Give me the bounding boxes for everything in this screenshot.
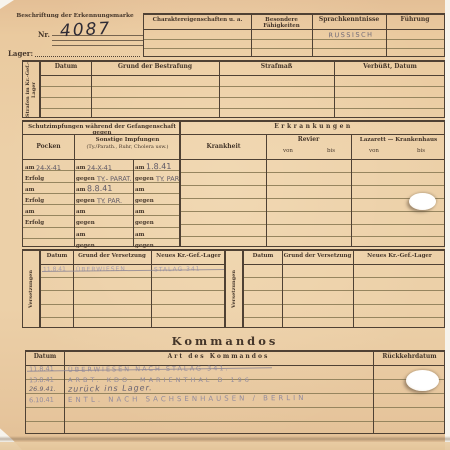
kommando-datum-handwritten: 26.9.41. <box>29 385 56 393</box>
revier-von-label: von <box>273 148 303 154</box>
impfungen-row-am-4: am am <box>23 227 181 238</box>
col-header-besondere-faehigkeiten: Besondere Fähigkeiten <box>251 17 312 29</box>
sonstige1-date2-handwritten: 8.8.41 <box>87 185 113 193</box>
col-header-charaktereigenschaften: Charaktereigenschaften u. a. <box>144 17 251 23</box>
versetzungen-side-label: Versetzungen <box>28 270 34 308</box>
versetzungen-table-right: Datum Grund der Versetzung Neues Kr.-Gef… <box>243 249 445 328</box>
sprachkenntnisse-value-handwritten: Russisch <box>316 30 386 39</box>
kommando-art-handwritten: zurück ins Lager. <box>68 383 153 393</box>
impfungen-row-am-1: am24-X-41 am24-X-41 am1.8.41 <box>23 160 181 171</box>
versetzungen-side-label-right: Versetzungen <box>231 270 237 308</box>
erkrankungen-title: Erkrankungen <box>181 124 446 131</box>
col-header-art-des-kommandos: Art des Kommandos <box>64 354 373 361</box>
col-header-neues-lager: Neues Kr.-Gef.-Lager <box>353 253 446 259</box>
col-header-krankheit: Krankheit <box>181 144 266 151</box>
kommando-art-handwritten: Arbt. Kdo. Marienthal D 196 <box>68 376 252 384</box>
lager-fill-in-line <box>35 56 140 57</box>
col-header-grund-der-versetzung: Grund der Versetzung <box>282 253 353 259</box>
kommando-datum-handwritten: 13.8.41 <box>29 376 54 385</box>
col-header-datum: Datum <box>41 64 91 71</box>
col-header-sprachkenntnisse: Sprachkenntnisse <box>312 17 386 24</box>
erfolg-label: Erfolg <box>25 221 44 227</box>
impfungen-row-am-2: am am8.8.41 am <box>23 182 181 193</box>
erkennungsmarke-number-handwritten: 4087 <box>60 19 112 42</box>
erkrankungen-table: Erkrankungen Krankheit Revier von bis La… <box>180 120 445 247</box>
col-header-datum: Datum <box>244 253 282 259</box>
kommandos-title: Kommandos <box>0 334 450 348</box>
kommando-datum-handwritten: 11.8.41 <box>29 365 54 374</box>
sonstige2-date-handwritten: 1.8.41 <box>146 163 172 171</box>
impfungen-row-am-3: am am am <box>23 204 181 215</box>
gegen-label: gegen <box>135 221 154 227</box>
erkennungsmarke-title: Beschriftung der Erkennungsmarke <box>8 13 142 19</box>
col-header-datum: Datum <box>41 253 73 259</box>
col-header-rueckkehrdatum: Rückkehrdatum <box>373 354 446 361</box>
revier-bis-label: bis <box>316 148 346 154</box>
impfungen-row-erfolg-1: Erfolg gegenTy.- Parat. gegenTy. Par. <box>23 171 181 182</box>
col-header-grund-der-versetzung: Grund der Versetzung <box>73 253 151 259</box>
impfungen-row-erfolg-3: Erfolg gegen gegen <box>23 215 181 226</box>
col-header-verbuesst-datum: Verbüßt, Datum <box>334 64 446 71</box>
gegen-label: gegen <box>76 221 95 227</box>
strafen-side-label: Strafen im Kr.-Gef.-Lager <box>25 62 37 117</box>
lager-label: Lager: <box>8 49 33 58</box>
col-header-revier: Revier <box>266 137 351 144</box>
paper-bottom-strip <box>0 442 450 450</box>
versetzungen-table-left: Datum Grund der Versetzung Neues Kr.-Gef… <box>40 249 225 328</box>
col-header-datum: Datum <box>26 354 64 361</box>
impfungen-title: Schutzimpfungen während der Gefangenscha… <box>23 124 181 136</box>
scan-corner-top-left <box>0 0 14 9</box>
versetzung-datum-handwritten: 11.8.41 <box>43 266 66 273</box>
punch-hole <box>406 370 439 391</box>
versetzungen-side-label-box: Versetzungen <box>22 249 40 328</box>
col-header-sonstige-impfungen: Sonstige Impfungen <box>74 137 181 143</box>
lazarett-von-label: von <box>359 148 389 154</box>
ruled-line <box>52 45 144 46</box>
scan-edge-right <box>445 0 450 450</box>
strafen-side-label-box: Strafen im Kr.-Gef.-Lager <box>22 60 40 118</box>
col-header-pocken: Pocken <box>23 144 74 151</box>
erkennungsmarke-box: Beschriftung der Erkennungsmarke Nr. 408… <box>8 12 142 58</box>
col-header-sonstige-impfungen-sub: (Ty./Parath., Ruhr, Cholera usw.) <box>74 145 181 151</box>
strafen-table: Datum Grund der Bestrafung Strafmaß Verb… <box>40 60 445 118</box>
impfungen-row-erfolg-2: Erfolg gegenTy. Par. gegen <box>23 193 181 204</box>
punch-hole <box>409 193 436 210</box>
col-header-neues-lager: Neues Kr.-Gef.-Lager <box>151 253 226 259</box>
versetzungen-side-label-box-right: Versetzungen <box>225 249 243 328</box>
prisoner-record-card-scan: Beschriftung der Erkennungsmarke Nr. 408… <box>0 0 450 450</box>
kommando-datum-handwritten: 6.10.41 <box>29 396 54 405</box>
col-header-strafmass: Strafmaß <box>219 64 334 71</box>
impfungen-table: Schutzimpfungen während der Gefangenscha… <box>22 120 180 247</box>
col-header-lazarett: Lazarett — Krankenhaus <box>351 137 446 143</box>
col-header-grund-der-bestrafung: Grund der Bestrafung <box>91 64 219 71</box>
nr-label: Nr. <box>38 30 50 39</box>
col-header-fuehrung: Führung <box>386 17 444 24</box>
lazarett-bis-label: bis <box>406 148 436 154</box>
impfungen-row-gegen-4: gegen gegen <box>23 238 181 249</box>
characteristics-table: Charaktereigenschaften u. a. Besondere F… <box>143 13 445 57</box>
